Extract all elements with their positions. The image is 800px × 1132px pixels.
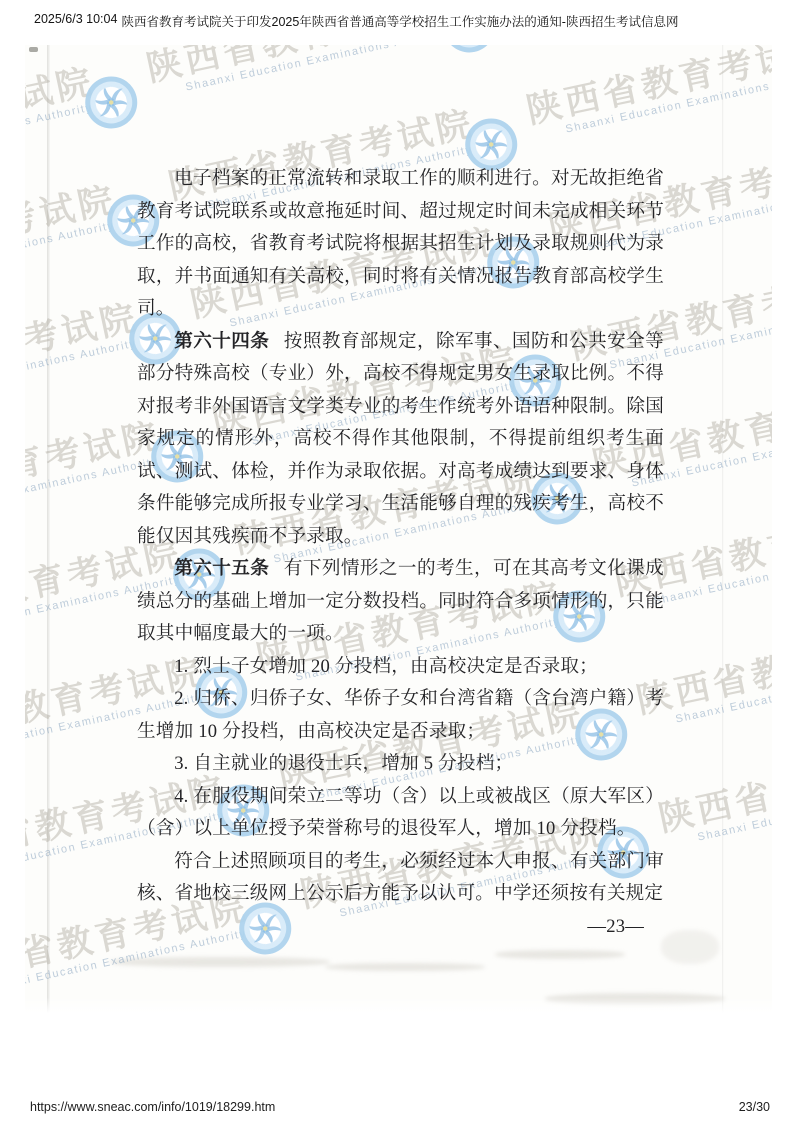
paragraph-lead: 第六十五条 — [174, 558, 269, 579]
watermark-text: 陕西省教育考试院 Shaanxi Education Examinations … — [654, 728, 772, 851]
scan-smudge — [495, 950, 625, 959]
list-item-2: 2. 归侨、归侨子女、华侨子女和台湾省籍（含台湾户籍）考生增加 10 分投档，由… — [137, 683, 664, 748]
watermark-text: 陕西省教育考试院 Shaanxi Education Examinations … — [142, 45, 459, 101]
scan-speck — [29, 47, 38, 52]
paragraph-text: 符合上述照顾项目的考生，必须经过本人申报、有关部门审核、省地校三级网上公示后方能… — [137, 851, 664, 905]
watermark-en-text: Shaanxi Education Examinations Authority — [653, 538, 772, 608]
paragraph-text: 1. 烈士子女增加 20 分投档，由高校决定是否录取； — [174, 656, 598, 677]
print-footer: https://www.sneac.com/info/1019/18299.ht… — [0, 1098, 800, 1118]
pinwheel-icon — [93, 85, 129, 121]
watermark-unit: 陕西省教育考试院 Shaanxi Education Examinations … — [25, 290, 149, 445]
scan-smudge — [661, 930, 719, 964]
watermark-zh-text: 陕西省教育考试院 — [25, 172, 121, 286]
watermark-zh-text: 陕西省教育考试院 — [654, 728, 772, 842]
watermark-zh-text: 陕西省教育考试院 — [25, 290, 143, 404]
watermark-text: 陕西省教育考试院 Shaanxi Education Examinations … — [25, 54, 101, 177]
scan-smudge — [110, 957, 330, 967]
watermark-en-text: Shaanxi Education Examinations Authority — [565, 66, 772, 136]
paragraph-lead: 第六十四条 — [174, 331, 269, 352]
document-page-number: —23— — [137, 911, 664, 944]
closing-paragraph: 符合上述照顾项目的考生，必须经过本人申报、有关部门审核、省地校三级网上公示后方能… — [137, 846, 664, 911]
scan-smudge — [545, 993, 725, 1005]
examination-authority-seal-icon — [80, 72, 142, 134]
print-header: 2025/6/3 10:04 陕西省教育考试院关于印发2025年陕西省普通高等学… — [0, 0, 800, 34]
page-title: 陕西省教育考试院关于印发2025年陕西省普通高等学校招生工作实施办法的通知-陕西… — [60, 12, 740, 30]
examination-authority-seal-icon — [438, 45, 500, 57]
watermark-unit: 陕西省教育考试院 Shaanxi Education Examinations … — [25, 172, 127, 327]
watermark-zh-text: 陕西省教育考试院 — [25, 54, 99, 168]
watermark-en-text: Shaanxi Education Examinations Authority — [25, 218, 123, 288]
paragraph-text: 按照教育部规定，除军事、国防和公共安全等部分特殊高校（专业）外，高校不得规定男女… — [137, 331, 664, 547]
document-body: 电子档案的正常流转和录取工作的顺利进行。对无故拒绝省教育考试院联系或故意拖延时间… — [137, 163, 664, 943]
scanned-document-page: 陕西省教育考试院 Shaanxi Education Examinations … — [25, 45, 772, 1013]
watermark-text: 陕西省教育考试院 Shaanxi Education Examinations … — [25, 172, 123, 295]
watermark-unit: 陕西省教育考试院 Shaanxi Education Examinations … — [75, 45, 463, 133]
source-url: https://www.sneac.com/info/1019/18299.ht… — [30, 1100, 275, 1114]
paragraph-text: 电子档案的正常流转和录取工作的顺利进行。对无故拒绝省教育考试院联系或故意拖延时间… — [137, 168, 664, 319]
list-item-4: 4. 在服役期间荣立二等功（含）以上或被战区（原大军区）（含）以上单位授予荣誉称… — [137, 781, 664, 846]
watermark-unit: 陕西省教育考试院 Shaanxi Education Examinations … — [25, 54, 105, 209]
scan-crease-right — [722, 45, 724, 1013]
paragraph-article-64: 第六十四条按照教育部规定，除军事、国防和公共安全等部分特殊高校（专业）外，高校不… — [137, 326, 664, 554]
watermark-en-text: Shaanxi Education Examinations Authority — [185, 45, 459, 94]
paragraph-text: 2. 归侨、归侨子女、华侨子女和台湾省籍（含台湾户籍）考生增加 10 分投档，由… — [137, 688, 664, 742]
watermark-text: 陕西省教育考试院 Shaanxi Education Examinations … — [522, 45, 772, 143]
pinwheel-icon — [473, 127, 509, 163]
paragraph-text: 3. 自主就业的退役士兵，增加 5 分投档； — [174, 753, 513, 774]
scan-crease-left — [47, 45, 50, 1013]
list-item-1: 1. 烈士子女增加 20 分投档，由高校决定是否录取； — [137, 651, 664, 684]
watermark-en-text: Shaanxi Education Examinations Authority — [25, 100, 101, 170]
watermark-zh-text: 陕西省教育考试院 — [522, 45, 772, 134]
paragraph-article-65: 第六十五条有下列情形之一的考生，可在其高考文化课成绩总分的基础上增加一定分数投档… — [137, 553, 664, 651]
list-item-3: 3. 自主就业的退役士兵，增加 5 分投档； — [137, 748, 664, 781]
watermark-en-text: Shaanxi Education Examinations Authority — [25, 336, 145, 406]
watermark-text: 陕西省教育考试院 Shaanxi Education Examinations … — [25, 290, 145, 413]
scan-smudge — [325, 963, 485, 971]
watermark-zh-text: 陕西省教育考试院 — [142, 45, 458, 92]
paragraph: 电子档案的正常流转和录取工作的顺利进行。对无故拒绝省教育考试院联系或故意拖延时间… — [137, 163, 664, 326]
watermark-unit: 陕西省教育考试院 Shaanxi Education Examinations … — [455, 45, 772, 175]
print-page-indicator: 23/30 — [739, 1100, 770, 1114]
watermark-en-text: Shaanxi Education Examinations Authority — [697, 774, 772, 844]
paragraph-text: 4. 在服役期间荣立二等功（含）以上或被战区（原大军区）（含）以上单位授予荣誉称… — [137, 786, 664, 840]
